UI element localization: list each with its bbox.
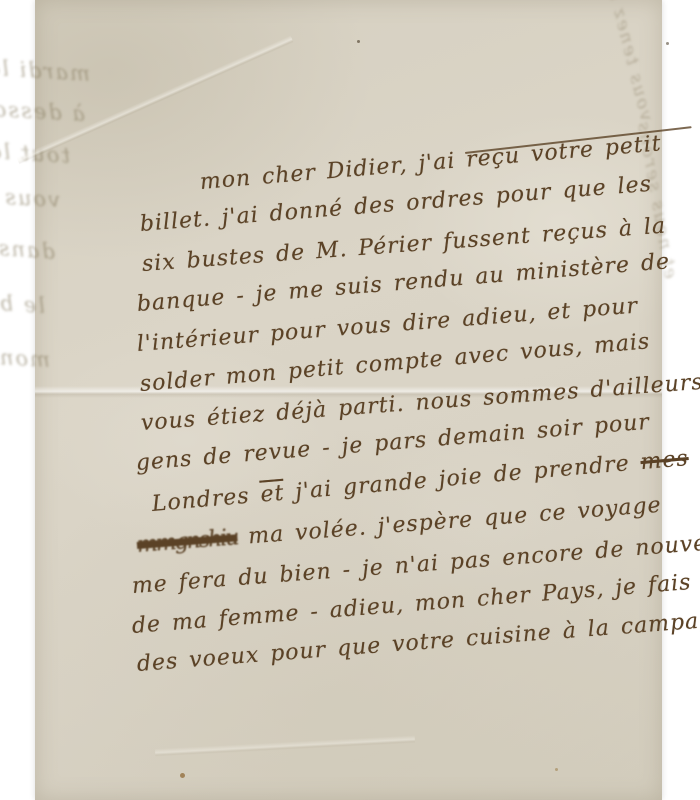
ink-speck — [357, 40, 360, 43]
letter-sheet: mardi le si vendredi donne jeul à dessou… — [35, 0, 662, 800]
foxing-spot — [180, 773, 185, 778]
scribbled-out-word: mmgnshiu — [136, 525, 238, 558]
fold-crease-bottom — [155, 735, 415, 757]
bleedthrough-line: mardi le si vendredi donne jeul — [0, 38, 91, 86]
manuscript-word-overlined: et — [259, 481, 285, 508]
bleedthrough-line: vous aurez et du moulin madame — [0, 166, 61, 212]
ink-speck — [666, 42, 669, 45]
foxing-spot — [555, 768, 558, 771]
manuscript-word: Londres — [151, 483, 262, 517]
bleedthrough-edge-mark: vous tenez bien — [595, 0, 657, 123]
bleedthrough-line: à dessous de vous présent tendu — [0, 81, 86, 126]
bleedthrough-line: le bal de y penser nous irons — [0, 272, 46, 318]
manuscript-word-struck-out: mes — [640, 446, 690, 475]
bleedthrough-line: dans mille et que vous tenez main — [0, 210, 56, 264]
bleedthrough-line: mon avis comme vous ferez — [0, 330, 51, 372]
